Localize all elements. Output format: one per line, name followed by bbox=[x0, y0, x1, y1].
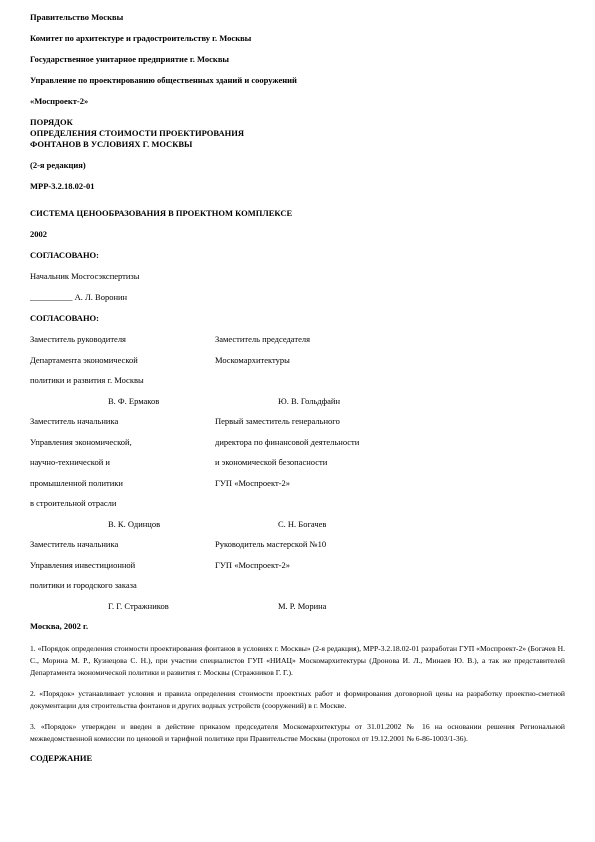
pair1-right-role: Заместитель председателя Москомархитекту… bbox=[215, 335, 565, 397]
pair3-left-role: Заместитель начальника Управления инвест… bbox=[30, 540, 215, 602]
pair2-left-name: В. К. Одинцов bbox=[30, 520, 215, 529]
doc-year: 2002 bbox=[30, 230, 565, 239]
pair3-names: Г. Г. Стражников М. Р. Морина bbox=[30, 602, 565, 611]
letterhead-committee: Комитет по архитектуре и градостроительс… bbox=[30, 34, 565, 43]
note-1: 1. «Порядок определения стоимости проект… bbox=[30, 643, 565, 679]
doc-title-line-1: ПОРЯДОК bbox=[30, 118, 565, 127]
doc-system-line: СИСТЕМА ЦЕНООБРАЗОВАНИЯ В ПРОЕКТНОМ КОМП… bbox=[30, 209, 565, 218]
approval1-name: А. Л. Воронин bbox=[75, 292, 127, 302]
approval2-heading: СОГЛАСОВАНО: bbox=[30, 314, 565, 323]
approval2-pair2: Заместитель начальника Управления эконом… bbox=[30, 417, 565, 520]
role-line: ГУП «Моспроект-2» bbox=[215, 561, 565, 570]
document-page: Правительство Москвы Комитет по архитект… bbox=[0, 0, 595, 842]
letterhead-mosproekt: «Моспроект-2» bbox=[30, 97, 565, 106]
pair3-right-name: М. Р. Морина bbox=[215, 602, 565, 611]
role-line: политики и городского заказа bbox=[30, 581, 215, 590]
pair2-right-role: Первый заместитель генерального директор… bbox=[215, 417, 565, 520]
doc-edition: (2-я редакция) bbox=[30, 161, 565, 170]
pair3-right-role: Руководитель мастерской №10 ГУП «Моспрое… bbox=[215, 540, 565, 602]
doc-title-line-3: ФОНТАНОВ В УСЛОВИЯХ Г. МОСКВЫ bbox=[30, 140, 565, 149]
role-line: Руководитель мастерской №10 bbox=[215, 540, 565, 549]
place-year: Москва, 2002 г. bbox=[30, 622, 565, 631]
doc-code: МРР-3.2.18.02-01 bbox=[30, 182, 565, 191]
role-line: Заместитель начальника bbox=[30, 417, 215, 426]
pair1-right-name: Ю. В. Гольдфайн bbox=[215, 397, 565, 406]
role-line: Заместитель руководителя bbox=[30, 335, 215, 344]
note-3: 3. «Порядок» утвержден и введен в действ… bbox=[30, 721, 565, 745]
pair2-right-name: С. Н. Богачев bbox=[215, 520, 565, 529]
role-line: Департамента экономической bbox=[30, 356, 215, 365]
pair1-left-name: В. Ф. Ермаков bbox=[30, 397, 215, 406]
approval2-pair1: Заместитель руководителя Департамента эк… bbox=[30, 335, 565, 397]
role-line: научно-технической и bbox=[30, 458, 215, 467]
pair2-names: В. К. Одинцов С. Н. Богачев bbox=[30, 520, 565, 529]
role-line: ГУП «Моспроект-2» bbox=[215, 479, 565, 488]
letterhead-government: Правительство Москвы bbox=[30, 13, 565, 22]
pair2-left-role: Заместитель начальника Управления эконом… bbox=[30, 417, 215, 520]
doc-title-line-2: ОПРЕДЕЛЕНИЯ СТОИМОСТИ ПРОЕКТИРОВАНИЯ bbox=[30, 129, 565, 138]
note-2: 2. «Порядок» устанавливает условия и пра… bbox=[30, 688, 565, 712]
role-line: и экономической безопасности bbox=[215, 458, 565, 467]
role-line: в строительной отрасли bbox=[30, 499, 215, 508]
approval1-heading: СОГЛАСОВАНО: bbox=[30, 251, 565, 260]
approval1-signature: __________ А. Л. Воронин bbox=[30, 293, 565, 302]
pair3-left-name: Г. Г. Стражников bbox=[30, 602, 215, 611]
role-line: политики и развития г. Москвы bbox=[30, 376, 215, 385]
signature-blank: __________ bbox=[30, 292, 73, 302]
pair1-left-role: Заместитель руководителя Департамента эк… bbox=[30, 335, 215, 397]
role-line: промышленной политики bbox=[30, 479, 215, 488]
role-line: Управления инвестиционной bbox=[30, 561, 215, 570]
role-line: директора по финансовой деятельности bbox=[215, 438, 565, 447]
letterhead-enterprise: Государственное унитарное предприятие г.… bbox=[30, 55, 565, 64]
role-line: Управления экономической, bbox=[30, 438, 215, 447]
role-line: Москомархитектуры bbox=[215, 356, 565, 365]
letterhead-department: Управление по проектированию общественны… bbox=[30, 76, 565, 85]
contents-heading: СОДЕРЖАНИЕ bbox=[30, 754, 565, 763]
pair1-names: В. Ф. Ермаков Ю. В. Гольдфайн bbox=[30, 397, 565, 406]
role-line: Первый заместитель генерального bbox=[215, 417, 565, 426]
approval2-pair3: Заместитель начальника Управления инвест… bbox=[30, 540, 565, 602]
role-line: Заместитель начальника bbox=[30, 540, 215, 549]
role-line: Заместитель председателя bbox=[215, 335, 565, 344]
approval1-role: Начальник Мосгосэкспертизы bbox=[30, 272, 565, 281]
